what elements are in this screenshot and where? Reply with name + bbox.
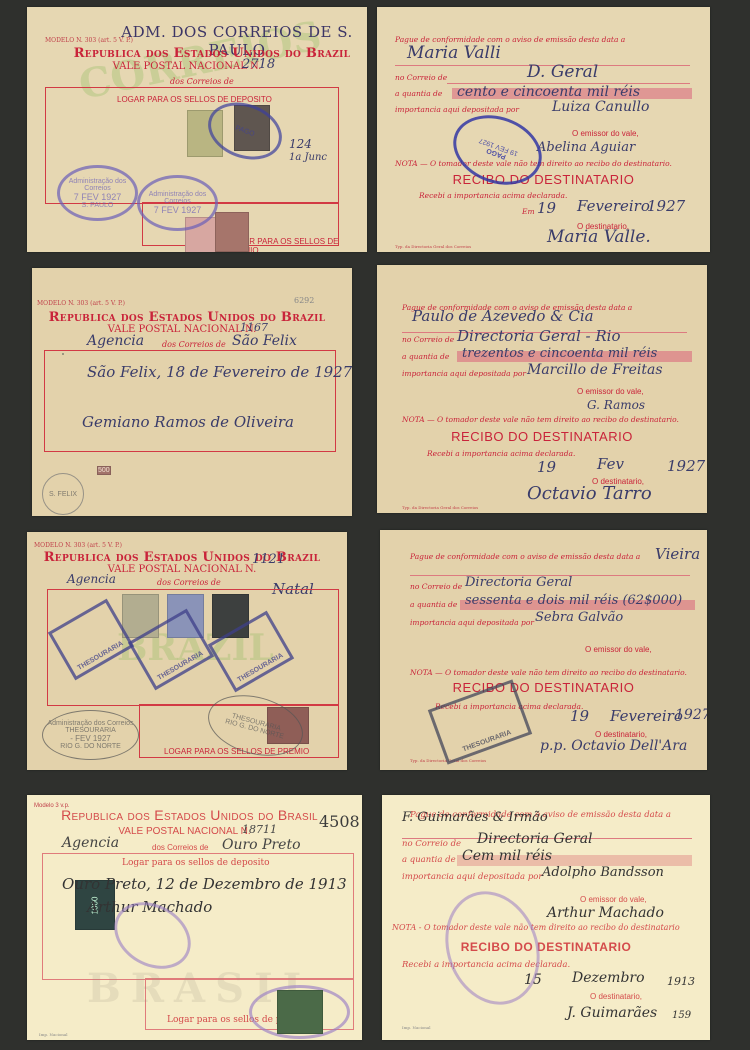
corner-mark: 159 <box>672 1010 691 1021</box>
money-order-card-1-front: CORREIOS MODELO N. 303 (art. 5 V. P.) AD… <box>27 7 367 252</box>
emissor-label: O emissor do vale, <box>577 387 644 396</box>
correios-label: dos Correios de <box>152 843 208 852</box>
payee: Paulo de Azevedo & Cia <box>412 307 594 325</box>
money-order-card-2-back: Pague de conformidade com o aviso de emi… <box>377 265 707 513</box>
printer-mark: Imp. Nacional <box>402 1025 431 1030</box>
correios-label: dos Correios de <box>157 578 221 587</box>
quantia-value: Cem mil réis <box>462 848 552 864</box>
quantia-label: a quantia de <box>402 855 456 865</box>
quantia-label: a quantia de <box>410 600 457 609</box>
card-title: Republica dos Estados Unidos do Brazil <box>27 550 347 565</box>
date-day: 19 <box>537 458 556 476</box>
date-year: 1927 <box>667 457 705 475</box>
deposited-label: importancia aqui depositada por <box>395 105 519 114</box>
corner-number: 6292 <box>294 296 314 305</box>
postmark-oval <box>430 878 555 1018</box>
money-order-card-4-back: Pague de conformidade com o aviso de emi… <box>382 795 710 1040</box>
deposited-by: Luiza Canullo <box>552 99 649 115</box>
payee: Vieira <box>655 545 700 563</box>
card-subtitle: VALE POSTAL NACIONAL N. <box>27 61 367 72</box>
date-day: 19 <box>570 707 589 725</box>
destinatario-signature: p.p. Octavio Dell'Ara <box>540 738 687 754</box>
destinatario-label: O destinatario, <box>590 992 642 1001</box>
agency: Agencia <box>87 333 144 349</box>
card-title: Republica dos Estados Unidos do Brazil <box>57 46 367 61</box>
correios-value: Ouro Preto <box>222 837 301 853</box>
quantia-value: cento e cincoenta mil réis <box>457 84 640 100</box>
quantia-value: trezentos e cincoenta mil réis <box>462 346 657 361</box>
agency: Agencia <box>67 572 116 586</box>
money-order-card-3-front: MODELO N. 303 (art. 5 V. P.) Republica d… <box>27 532 347 770</box>
money-order-card-1-back: Pague de conformidade com o aviso de emi… <box>377 7 710 252</box>
correio-label: no Correio de <box>410 582 462 591</box>
payee: F. Guimarães & Irmão <box>402 810 548 825</box>
correio-label: no Correio de <box>402 839 461 849</box>
date-em: Em <box>522 207 535 216</box>
handwritten-place-date: Ouro Preto, 12 de Dezembro de 1913 <box>62 875 347 893</box>
printer-mark: Typ. da Directoria Geral dos Correios <box>395 244 471 249</box>
recebi-label: Recebi a importancia acima declarada. <box>427 449 575 458</box>
quantia-value: sessenta e dois mil réis (62$000) <box>465 593 682 608</box>
order-number: 1121 <box>252 552 285 567</box>
emissor-label: O emissor do vale, <box>585 645 652 654</box>
deposited-by: Sebra Galvão <box>535 610 623 625</box>
deposit-box-label: Logar para os sellos de deposito <box>122 858 270 868</box>
recibo-title: RECIBO DO DESTINATARIO <box>377 172 710 187</box>
order-number: 18711 <box>242 823 277 836</box>
correios-label: dos Correios de <box>162 340 226 349</box>
model-number: MODELO N. 303 (art. 5 V. P.) <box>37 300 125 307</box>
correio-value: D. Geral <box>527 62 598 82</box>
postmark-circle: S. FELIX <box>42 473 84 515</box>
recibo-title: RECIBO DO DESTINATARIO <box>377 429 707 444</box>
quantia-label: a quantia de <box>395 89 442 98</box>
order-number: 2718 <box>242 57 275 72</box>
postmark-oval: Administração dos Correios THESOURARIA -… <box>42 710 139 760</box>
nota-text: NOTA — O tomador deste vale não tem dire… <box>410 668 687 677</box>
printer-mark: Typ. da Directoria Geral dos Correios <box>402 505 478 510</box>
date-year: 1927 <box>675 707 707 723</box>
card-subtitle: VALE POSTAL NACIONAL N. <box>32 324 352 335</box>
postage-stamp <box>277 990 323 1034</box>
money-order-card-2-front: MODELO N. 303 (art. 5 V. P.) 6292 Republ… <box>32 268 352 516</box>
agency: Agencia <box>62 835 119 851</box>
deposited-label: importancia aqui depositada por <box>402 872 542 882</box>
correio-value: Directoria Geral <box>477 831 593 847</box>
card-title: Republica dos Estados Unidos do Brasil <box>27 807 362 823</box>
date-month: Fev <box>597 455 624 473</box>
deposited-label: importancia aqui depositada por <box>402 369 526 378</box>
date-month: Dezembro <box>572 970 645 986</box>
correio-value: Directoria Geral <box>465 575 572 590</box>
quantia-label: a quantia de <box>402 352 449 361</box>
correio-value: Directoria Geral - Rio <box>457 327 621 345</box>
emissor-label: O emissor do vale, <box>572 129 639 138</box>
money-order-card-3-back: Pague de conformidade com o aviso de emi… <box>380 530 707 770</box>
handwritten-note: 124 <box>289 137 312 151</box>
correios-label: dos Correios de <box>170 77 234 86</box>
money-order-card-4-front: Modelo 3 v.p. Republica dos Estados Unid… <box>27 795 362 1040</box>
handwritten-note: 1a Junc <box>289 152 327 163</box>
payee: Maria Valli <box>407 43 501 63</box>
postmark-oval: Administração dos Correios 7 FEV 1927 S.… <box>57 165 138 221</box>
deposit-box-label: LOGAR PARA OS SELLOS DE DEPOSITO <box>117 95 272 104</box>
date-year: 1913 <box>667 975 695 988</box>
destinatario-signature: Maria Valle. <box>547 227 651 247</box>
destinatario-signature: Octavio Tarro <box>527 483 652 504</box>
deposited-label: importancia aqui depositada por <box>410 618 534 627</box>
nota-text: NOTA - O tomador deste vale não tem dire… <box>392 923 680 932</box>
card-title: Republica dos Estados Unidos do Brazil <box>32 310 352 325</box>
date-month: Fevereiro <box>610 707 683 725</box>
correios-value: São Felix <box>232 333 297 349</box>
destinatario-signature: J. Guimarães <box>567 1005 657 1021</box>
stamp-strip: 500 500 500 500 500 500 <box>97 466 337 511</box>
postage-stamp <box>215 212 249 252</box>
recibo-title: RECIBO DO DESTINATARIO <box>382 940 710 954</box>
printer-mark: Imp. Nacional <box>39 1032 68 1037</box>
recibo-title: RECIBO DO DESTINATARIO <box>380 680 707 695</box>
emissor-signature: G. Ramos <box>587 398 645 412</box>
date-month: Fevereiro <box>577 197 650 215</box>
date-year: 1927 <box>647 197 685 215</box>
date-day: 19 <box>537 199 556 217</box>
correio-label: no Correio de <box>395 73 447 82</box>
emissor-signature: Arthur Machado <box>547 905 664 921</box>
postage-stamp <box>62 353 64 355</box>
deposited-by: Marcillo de Freitas <box>527 362 663 378</box>
pague-label: Pague de conformidade com o aviso de emi… <box>410 552 640 561</box>
postage-stamp: 500 <box>97 466 111 475</box>
handwritten-date: São Felix, 18 de Fevereiro de 1927 <box>87 363 352 381</box>
correio-label: no Correio de <box>402 335 454 344</box>
postmark-oval: Administração dos Correios 7 FEV 1927 <box>137 175 218 231</box>
nota-text: NOTA — O tomador deste vale não tem dire… <box>402 415 679 424</box>
deposited-by: Adolpho Bandsson <box>542 865 664 880</box>
handwritten-name: Gemiano Ramos de Oliveira <box>82 413 294 431</box>
emissor-signature: Abelina Aguiar <box>537 140 635 155</box>
model-number: MODELO N. 303 (art. 5 V. P.) <box>34 542 122 549</box>
emissor-label: O emissor do vale, <box>580 895 647 904</box>
